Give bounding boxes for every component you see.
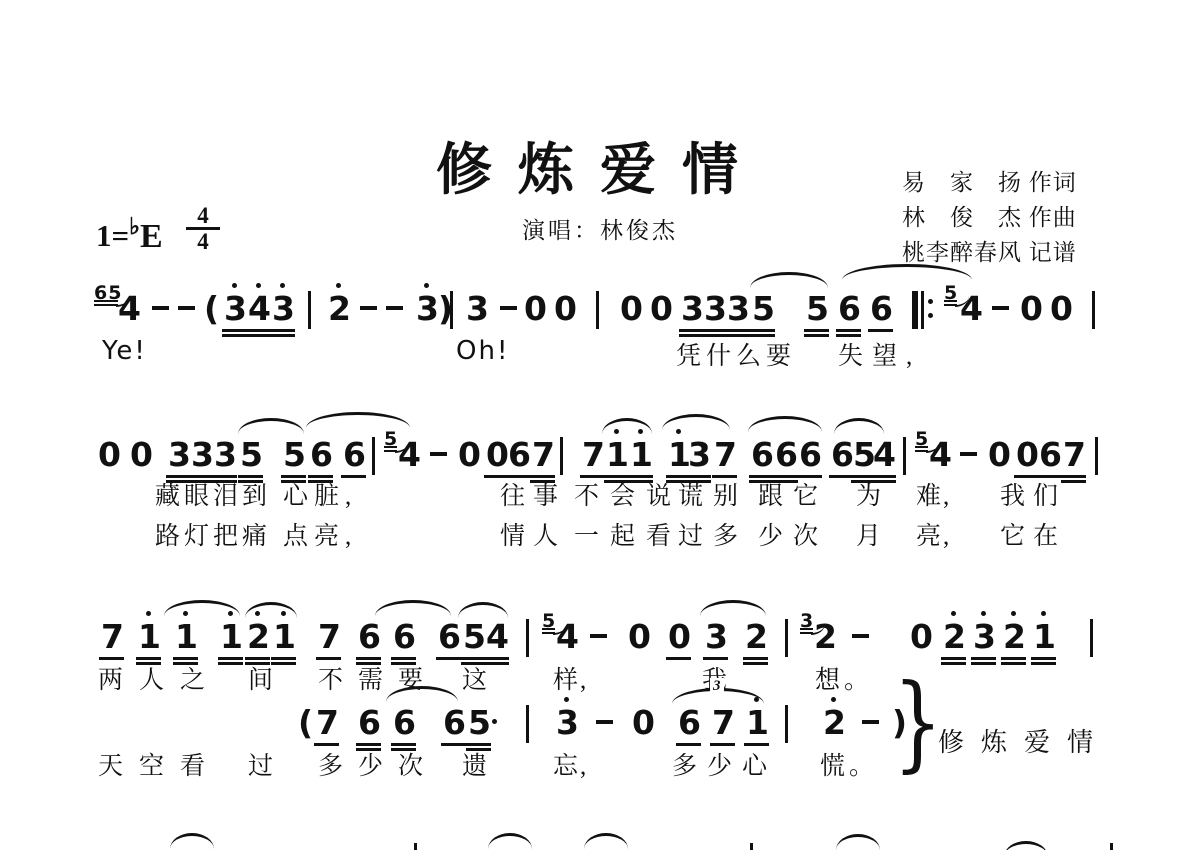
- note-token: 4: [873, 436, 896, 474]
- barline: [1090, 619, 1093, 657]
- barline: [526, 619, 529, 657]
- voice-brace: }: [893, 662, 943, 782]
- note-token: 0: [458, 436, 481, 474]
- octave-dot: [424, 283, 429, 288]
- lyric-segment: 它在: [1000, 516, 1066, 552]
- note-token: 2: [1003, 618, 1026, 656]
- duration-dash: [430, 452, 447, 456]
- slur-arc: [602, 418, 652, 434]
- next-system-slur-fragment: [1004, 841, 1048, 850]
- barline: [596, 291, 599, 329]
- note-token: 5: [463, 618, 486, 656]
- beam-line: [666, 657, 691, 660]
- lyric-segment: 月: [856, 516, 883, 552]
- lyric-segment: 藏眼泪到: [155, 476, 271, 512]
- note-token: 7: [532, 436, 555, 474]
- next-system-barline-fragment: [414, 843, 417, 850]
- lyric-segment: 过: [248, 746, 275, 782]
- lyric-segment: 多少心: [672, 746, 777, 782]
- note-token: 0: [910, 618, 933, 656]
- beam-line: [679, 329, 704, 332]
- lyric-segment: 天空看: [98, 746, 221, 782]
- lyric-segment: 亮,: [916, 516, 951, 552]
- octave-dot: [146, 611, 151, 616]
- slur-arc: [238, 418, 304, 434]
- note-token: 6: [393, 704, 416, 742]
- barline: [450, 291, 453, 329]
- beam-line: [743, 657, 768, 660]
- slur-arc: [662, 414, 730, 430]
- note-token: 7: [714, 436, 737, 474]
- note-token: 3: [727, 290, 750, 328]
- parenthesis: (: [204, 290, 219, 328]
- note-token: 3: [705, 618, 728, 656]
- note-token: 6: [775, 436, 798, 474]
- octave-dot: [951, 611, 956, 616]
- parenthesis: (: [298, 704, 313, 742]
- duration-dash: [152, 306, 169, 310]
- duration-dash: [178, 306, 195, 310]
- beam-line: [804, 334, 829, 337]
- note-token: 3: [688, 436, 711, 474]
- lyric-segment: 谎别: [678, 476, 748, 512]
- lyric-segment: 两人之: [98, 660, 221, 696]
- barline: [785, 619, 788, 657]
- note-token: 0: [524, 290, 547, 328]
- note-token: 5: [468, 704, 491, 742]
- barline: [308, 291, 311, 329]
- lyric-segment: Ye!: [102, 336, 147, 366]
- beam-line: [1001, 657, 1026, 660]
- lyric-segment: 过多: [678, 516, 748, 552]
- lyric-segment: 多少次: [318, 746, 438, 782]
- barline: [1095, 437, 1098, 475]
- barline: [903, 437, 906, 475]
- beam-line: [1001, 662, 1026, 665]
- beam-line: [222, 329, 247, 332]
- note-token: 6: [751, 436, 774, 474]
- note-token: 3: [556, 704, 579, 742]
- note-token: 5: [240, 436, 263, 474]
- octave-dot: [256, 283, 261, 288]
- beam-line: [1031, 657, 1056, 660]
- lyric-segment: 遗: [462, 746, 489, 782]
- repeat-sign-thick-bar: [912, 291, 918, 329]
- note-token: 4: [248, 290, 271, 328]
- note-token: 6: [343, 436, 366, 474]
- note-token: 0: [130, 436, 153, 474]
- duration-dash: [852, 634, 869, 638]
- slur-arc: [842, 264, 972, 280]
- note-token: 1: [630, 436, 653, 474]
- barline: [785, 705, 788, 743]
- augmentation-dot: [492, 719, 497, 724]
- note-token: 1: [138, 618, 161, 656]
- lyric-segment: 慌。: [820, 746, 878, 782]
- grace-beam-line: [94, 300, 118, 302]
- slur-arc: [458, 602, 508, 618]
- beam-line: [743, 662, 768, 665]
- barline: [372, 437, 375, 475]
- note-token: 7: [318, 618, 341, 656]
- beam-line: [246, 334, 271, 337]
- slur-arc: [748, 416, 822, 432]
- note-token: 4: [486, 618, 509, 656]
- duration-dash: [960, 452, 977, 456]
- note-token: 1: [746, 704, 769, 742]
- note-token: 3: [214, 436, 237, 474]
- note-token: 6: [358, 704, 381, 742]
- beam-line: [750, 329, 775, 332]
- lyric-segment: 为: [856, 476, 883, 512]
- next-system-slur-fragment: [584, 833, 628, 849]
- octave-dot: [1041, 611, 1046, 616]
- duration-dash: [360, 306, 377, 310]
- beam-line: [270, 329, 295, 332]
- note-token: 7: [582, 436, 605, 474]
- note-token: 0: [486, 436, 509, 474]
- note-token: 0: [1020, 290, 1043, 328]
- note-token: 2: [328, 290, 351, 328]
- section-label: 修炼爱情: [938, 722, 1110, 759]
- note-token: 4: [960, 290, 983, 328]
- duration-dash: [596, 720, 613, 724]
- note-token: 2: [745, 618, 768, 656]
- duration-dash: [500, 306, 517, 310]
- note-token: 3: [272, 290, 295, 328]
- note-token: 0: [620, 290, 643, 328]
- note-token: 6: [831, 436, 854, 474]
- octave-dot: [564, 697, 569, 702]
- duration-dash: [590, 634, 607, 638]
- note-token: 6: [1039, 436, 1062, 474]
- lyric-segment: Oh!: [456, 336, 509, 366]
- barline: [560, 437, 563, 475]
- note-token: 3: [681, 290, 704, 328]
- beam-line: [246, 329, 271, 332]
- note-token: 5: [806, 290, 829, 328]
- note-token: 6: [678, 704, 701, 742]
- note-token: 3: [704, 290, 727, 328]
- repeat-sign-dot: [928, 299, 933, 304]
- note-token: 0: [632, 704, 655, 742]
- note-token: 6: [443, 704, 466, 742]
- sheet-music-page: { "page": {"bg": "#ffffff", "ink": "#111…: [0, 0, 1200, 850]
- slur-arc: [164, 600, 240, 616]
- note-token: 7: [712, 704, 735, 742]
- note-token: 7: [316, 704, 339, 742]
- repeat-sign-thin-bar: [921, 291, 924, 329]
- note-token: 5: [752, 290, 775, 328]
- beam-line: [941, 657, 966, 660]
- lyric-segment: 心脏,: [283, 476, 357, 512]
- slur-arc: [245, 602, 297, 618]
- slur-arc: [375, 600, 451, 616]
- lyric-segment: 情人: [500, 516, 566, 552]
- note-token: 1: [1033, 618, 1056, 656]
- note-token: 2: [247, 618, 270, 656]
- barline: [526, 705, 529, 743]
- note-token: 0: [988, 436, 1011, 474]
- beam-line: [270, 334, 295, 337]
- note-token: 1: [273, 618, 296, 656]
- note-token: 7: [1063, 436, 1086, 474]
- lyric-segment: 这: [462, 660, 489, 696]
- barline: [1092, 291, 1095, 329]
- lyric-segment: 往事: [500, 476, 566, 512]
- octave-dot: [831, 697, 836, 702]
- next-system-slur-fragment: [488, 833, 532, 849]
- note-token: 4: [556, 618, 579, 656]
- note-token: 0: [1050, 290, 1073, 328]
- beam-line: [436, 657, 461, 660]
- beam-line: [725, 329, 750, 332]
- lyric-segment: 一起看: [574, 516, 682, 552]
- note-token: 1: [220, 618, 243, 656]
- note-token: 6: [358, 618, 381, 656]
- note-token: 3: [466, 290, 489, 328]
- note-token: 5: [283, 436, 306, 474]
- lyric-segment: 路灯把痛: [155, 516, 271, 552]
- octave-dot: [1011, 611, 1016, 616]
- note-token: 0: [628, 618, 651, 656]
- note-token: 2: [943, 618, 966, 656]
- note-token: 6: [799, 436, 822, 474]
- tuplet-number: 3: [710, 678, 724, 695]
- lyric-segment: 跟它: [758, 476, 828, 512]
- note-token: 7: [101, 618, 124, 656]
- grace-beam-line: [94, 304, 118, 306]
- note-token: 0: [650, 290, 673, 328]
- note-token: 0: [1016, 436, 1039, 474]
- lyric-segment: 失望,: [838, 336, 921, 372]
- note-token: 3: [224, 290, 247, 328]
- duration-dash: [862, 720, 879, 724]
- beam-line: [971, 657, 996, 660]
- lyric-segment: 难,: [916, 476, 951, 512]
- note-token: 0: [668, 618, 691, 656]
- note-token: 4: [929, 436, 952, 474]
- lyric-segment: 间: [248, 660, 275, 696]
- note-token: 3: [973, 618, 996, 656]
- note-token: 6: [508, 436, 531, 474]
- slur-arc: [700, 600, 766, 616]
- lyric-segment: 凭什么要: [676, 336, 796, 372]
- note-token: 6: [310, 436, 333, 474]
- lyric-segment: 我们: [1000, 476, 1066, 512]
- note-token: 6: [438, 618, 461, 656]
- note-token: 3: [416, 290, 439, 328]
- beam-line: [941, 662, 966, 665]
- next-system-slur-fragment: [170, 833, 214, 849]
- note-token: 0: [98, 436, 121, 474]
- lyric-segment: 少次: [758, 516, 828, 552]
- note-token: 2: [823, 704, 846, 742]
- note-token: 1: [175, 618, 198, 656]
- octave-dot: [981, 611, 986, 616]
- note-token: 6: [393, 618, 416, 656]
- lyric-segment: 点亮,: [283, 516, 357, 552]
- lyric-segment: 样,: [553, 660, 588, 696]
- note-token: 4: [118, 290, 141, 328]
- slur-arc: [834, 418, 884, 434]
- note-token: 6: [870, 290, 893, 328]
- beam-line: [1031, 662, 1056, 665]
- note-token: 4: [398, 436, 421, 474]
- note-token: 3: [191, 436, 214, 474]
- lyric-segment: 想。: [815, 660, 873, 696]
- duration-dash: [992, 306, 1009, 310]
- duration-dash: [386, 306, 403, 310]
- beam-line: [218, 662, 243, 665]
- octave-dot: [232, 283, 237, 288]
- next-system-barline-fragment: [1110, 843, 1113, 850]
- beam-line: [804, 329, 829, 332]
- lyric-segment: 忘,: [553, 746, 588, 782]
- octave-dot: [336, 283, 341, 288]
- repeat-sign-dot: [928, 313, 933, 318]
- next-system-slur-fragment: [836, 834, 880, 850]
- beam-line: [971, 662, 996, 665]
- slur-arc: [306, 412, 410, 428]
- lyric-segment: 不会说: [574, 476, 682, 512]
- note-token: 3: [168, 436, 191, 474]
- beam-line: [836, 329, 861, 332]
- slur-arc: [750, 272, 828, 288]
- next-system-barline-fragment: [750, 843, 753, 850]
- note-token: 0: [554, 290, 577, 328]
- note-token: 2: [814, 618, 837, 656]
- note-token: 6: [838, 290, 861, 328]
- beam-line: [868, 329, 893, 332]
- beam-line: [218, 657, 243, 660]
- octave-dot: [280, 283, 285, 288]
- beam-line: [222, 334, 247, 337]
- note-token: 1: [606, 436, 629, 474]
- beam-line: [702, 329, 727, 332]
